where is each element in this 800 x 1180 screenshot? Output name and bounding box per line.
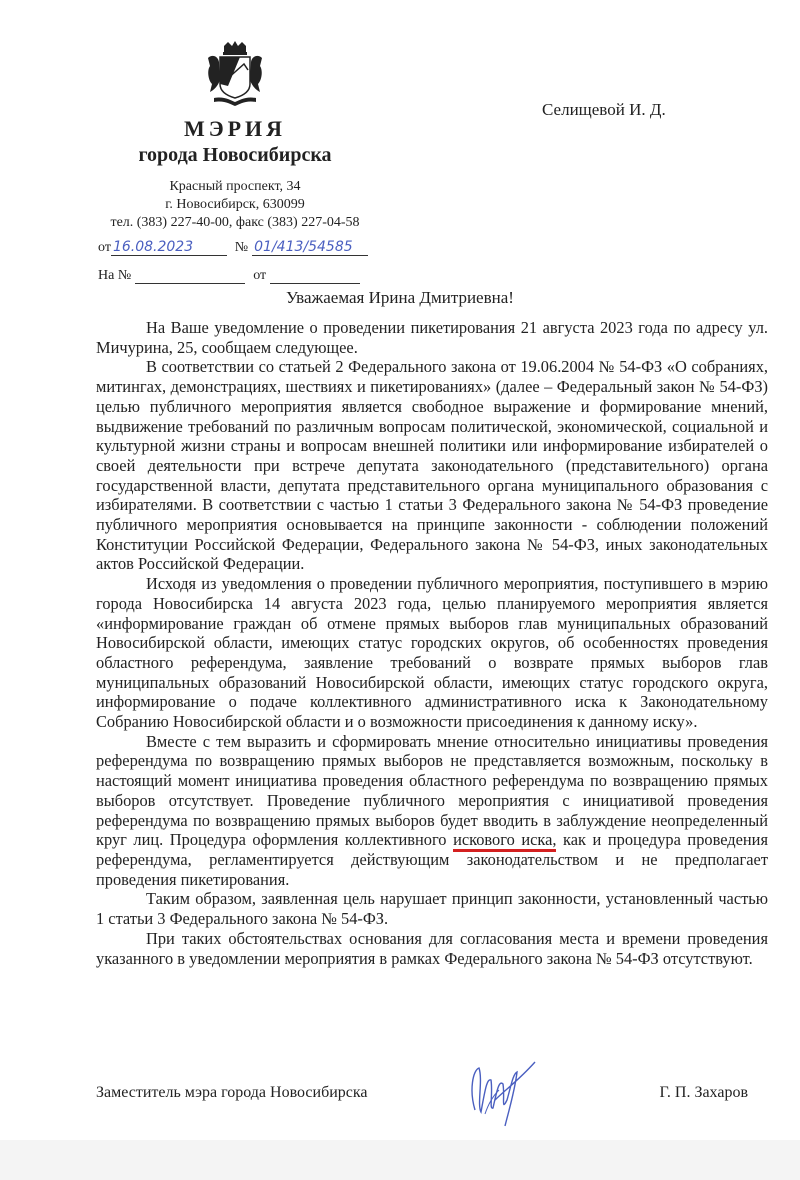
coat-of-arms-icon — [204, 40, 266, 110]
address-city: г. Новосибирск, 630099 — [90, 196, 380, 214]
outgoing-reg-row: от 16.08.2023 № 01/413/54585 — [98, 228, 368, 256]
salutation: Уважаемая Ирина Дмитриевна! — [0, 288, 800, 308]
number-value: 01/413/54585 — [252, 239, 368, 256]
org-title: МЭРИЯ — [90, 116, 380, 142]
recipient: Селищевой И. Д. — [542, 100, 666, 120]
org-city: города Новосибирска — [90, 142, 380, 168]
paragraph: На Ваше уведомление о проведении пикетир… — [96, 318, 768, 357]
paragraph: В соответствии со статьей 2 Федерального… — [96, 357, 768, 574]
reply-from-label: от — [253, 268, 266, 284]
reply-from-blank — [270, 269, 360, 284]
number-label: № — [235, 240, 248, 256]
letter-body: На Ваше уведомление о проведении пикетир… — [96, 318, 768, 968]
letterhead: МЭРИЯ города Новосибирска Красный проспе… — [90, 40, 380, 232]
address-street: Красный проспект, 34 — [90, 178, 380, 196]
signer-name: Г. П. Захаров — [659, 1084, 748, 1102]
paragraph: При таких обстоятельствах основания для … — [96, 929, 768, 968]
reply-to-label: На № — [98, 268, 131, 284]
red-underline-highlight: искового иска, — [453, 830, 556, 852]
registration-block: от 16.08.2023 № 01/413/54585 На № от — [98, 228, 368, 284]
document-page: МЭРИЯ города Новосибирска Красный проспе… — [0, 0, 800, 1140]
paragraph: Исходя из уведомления о проведении публи… — [96, 574, 768, 732]
date-label: от — [98, 240, 111, 256]
handwritten-signature-icon — [455, 1050, 545, 1140]
date-value: 16.08.2023 — [111, 239, 227, 256]
signer-position: Заместитель мэра города Новосибирска — [96, 1084, 368, 1102]
reply-to-blank — [135, 269, 245, 284]
paragraph: Вместе с тем выразить и сформировать мне… — [96, 732, 768, 890]
incoming-reg-row: На № от — [98, 256, 368, 284]
paragraph: Таким образом, заявленная цель нарушает … — [96, 889, 768, 928]
